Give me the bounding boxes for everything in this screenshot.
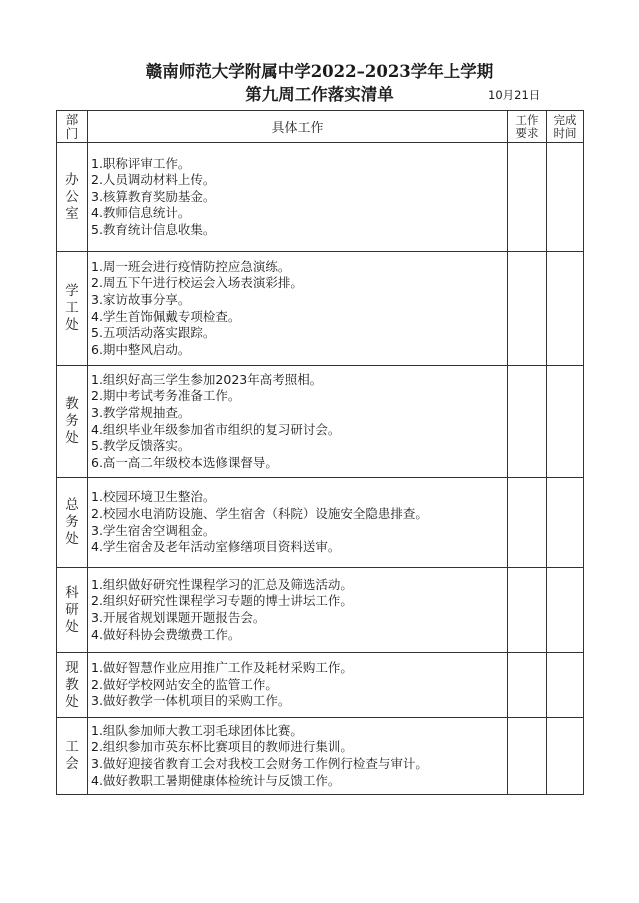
task-item: 3.做好迎接省教育工会对我校工会财务工作例行检查与审计。 [91, 756, 507, 773]
requirement-cell[interactable] [508, 718, 547, 795]
table-row-union: 工会 1.组队参加师大教工羽毛球团体比赛。2.组织参加市英东杯比赛项目的教师进行… [57, 718, 584, 795]
dept-cell: 总务处 [57, 478, 88, 568]
table-row-research: 科研处 1.组织做好研究性课程学习的汇总及筛选活动。2.组织好研究性课程学习专题… [57, 568, 584, 653]
header-requirement: 工作要求 [508, 111, 547, 143]
task-item: 4.教师信息统计。 [91, 205, 507, 222]
header-tasks: 具体工作 [88, 111, 508, 143]
task-item: 6.期中整风启动。 [91, 342, 507, 359]
task-item: 1.组织做好研究性课程学习的汇总及筛选活动。 [91, 577, 507, 594]
dept-cell: 办公室 [57, 143, 88, 252]
completion-time-cell[interactable] [547, 478, 584, 568]
dept-cell: 学工处 [57, 252, 88, 366]
task-item: 5.教育统计信息收集。 [91, 222, 507, 239]
task-item: 3.家访故事分享。 [91, 292, 507, 309]
task-item: 3.核算教育奖励基金。 [91, 189, 507, 206]
task-cell: 1.组队参加师大教工羽毛球团体比赛。2.组织参加市英东杯比赛项目的教师进行集训。… [88, 718, 508, 795]
table-header-row: 部门 具体工作 工作要求 完成时间 [57, 111, 584, 143]
task-item: 5.教学反馈落实。 [91, 438, 507, 455]
task-cell: 1.做好智慧作业应用推广工作及耗材采购工作。2.做好学校网站安全的监管工作。3.… [88, 653, 508, 718]
task-item: 4.做好科协会费缴费工作。 [91, 627, 507, 644]
task-item: 3.学生宿舍空调租金。 [91, 523, 507, 540]
task-item: 1.校园环境卫生整治。 [91, 489, 507, 506]
task-item: 1.周一班会进行疫情防控应急演练。 [91, 259, 507, 276]
task-item: 1.组织好高三学生参加2023年高考照相。 [91, 372, 507, 389]
completion-time-cell[interactable] [547, 568, 584, 653]
requirement-cell[interactable] [508, 653, 547, 718]
task-item: 4.学生首饰佩戴专项检查。 [91, 309, 507, 326]
table-row-general-affairs: 总务处 1.校园环境卫生整治。2.校园水电消防设施、学生宿舍（科院）设施安全隐患… [57, 478, 584, 568]
task-item: 1.组队参加师大教工羽毛球团体比赛。 [91, 723, 507, 740]
task-cell: 1.组织做好研究性课程学习的汇总及筛选活动。2.组织好研究性课程学习专题的博士讲… [88, 568, 508, 653]
document-title: 赣南师范大学附属中学2022–2023学年上学期 [0, 58, 639, 82]
completion-time-cell[interactable] [547, 252, 584, 366]
requirement-cell[interactable] [508, 478, 547, 568]
dept-cell: 工会 [57, 718, 88, 795]
completion-time-cell[interactable] [547, 653, 584, 718]
task-item: 2.周五下午进行校运会入场表演彩排。 [91, 275, 507, 292]
table-row-edu-tech: 现教处 1.做好智慧作业应用推广工作及耗材采购工作。2.做好学校网站安全的监管工… [57, 653, 584, 718]
header-completion-time: 完成时间 [547, 111, 584, 143]
task-item: 6.高一高二年级校本选修课督导。 [91, 455, 507, 472]
header-dept: 部门 [57, 111, 88, 143]
task-cell: 1.组织好高三学生参加2023年高考照相。2.期中考试考务准备工作。3.教学常规… [88, 366, 508, 478]
completion-time-cell[interactable] [547, 718, 584, 795]
requirement-cell[interactable] [508, 143, 547, 252]
dept-cell: 科研处 [57, 568, 88, 653]
task-item: 3.做好教学一体机项目的采购工作。 [91, 693, 507, 710]
requirement-cell[interactable] [508, 252, 547, 366]
task-item: 5.五项活动落实跟踪。 [91, 325, 507, 342]
task-cell: 1.校园环境卫生整治。2.校园水电消防设施、学生宿舍（科院）设施安全隐患排查。3… [88, 478, 508, 568]
task-cell: 1.周一班会进行疫情防控应急演练。2.周五下午进行校运会入场表演彩排。3.家访故… [88, 252, 508, 366]
table-row-office: 办公室 1.职称评审工作。2.人员调动材料上传。3.核算教育奖励基金。4.教师信… [57, 143, 584, 252]
table-row-academic-affairs: 教务处 1.组织好高三学生参加2023年高考照相。2.期中考试考务准备工作。3.… [57, 366, 584, 478]
requirement-cell[interactable] [508, 366, 547, 478]
completion-time-cell[interactable] [547, 143, 584, 252]
dept-cell: 教务处 [57, 366, 88, 478]
document-date: 10月21日 [488, 87, 540, 103]
completion-time-cell[interactable] [547, 366, 584, 478]
task-item: 3.教学常规抽查。 [91, 405, 507, 422]
task-cell: 1.职称评审工作。2.人员调动材料上传。3.核算教育奖励基金。4.教师信息统计。… [88, 143, 508, 252]
task-item: 1.做好智慧作业应用推广工作及耗材采购工作。 [91, 660, 507, 677]
task-item: 2.期中考试考务准备工作。 [91, 388, 507, 405]
document-subtitle: 第九周工作落实清单 [0, 81, 639, 105]
task-item: 4.学生宿舍及老年活动室修缮项目资料送审。 [91, 539, 507, 556]
task-item: 1.职称评审工作。 [91, 156, 507, 173]
task-item: 4.组织毕业年级参加省市组织的复习研讨会。 [91, 422, 507, 439]
dept-cell: 现教处 [57, 653, 88, 718]
task-item: 3.开展省规划课题开题报告会。 [91, 610, 507, 627]
task-item: 2.人员调动材料上传。 [91, 172, 507, 189]
task-item: 2.组织好研究性课程学习专题的博士讲坛工作。 [91, 593, 507, 610]
work-checklist-table: 部门 具体工作 工作要求 完成时间 办公室 1.职称评审工作。2.人员调动材料上… [56, 110, 584, 795]
table-row-student-affairs: 学工处 1.周一班会进行疫情防控应急演练。2.周五下午进行校运会入场表演彩排。3… [57, 252, 584, 366]
task-item: 4.做好教职工暑期健康体检统计与反馈工作。 [91, 773, 507, 790]
task-item: 2.组织参加市英东杯比赛项目的教师进行集训。 [91, 739, 507, 756]
task-item: 2.校园水电消防设施、学生宿舍（科院）设施安全隐患排查。 [91, 506, 507, 523]
task-item: 2.做好学校网站安全的监管工作。 [91, 677, 507, 694]
requirement-cell[interactable] [508, 568, 547, 653]
